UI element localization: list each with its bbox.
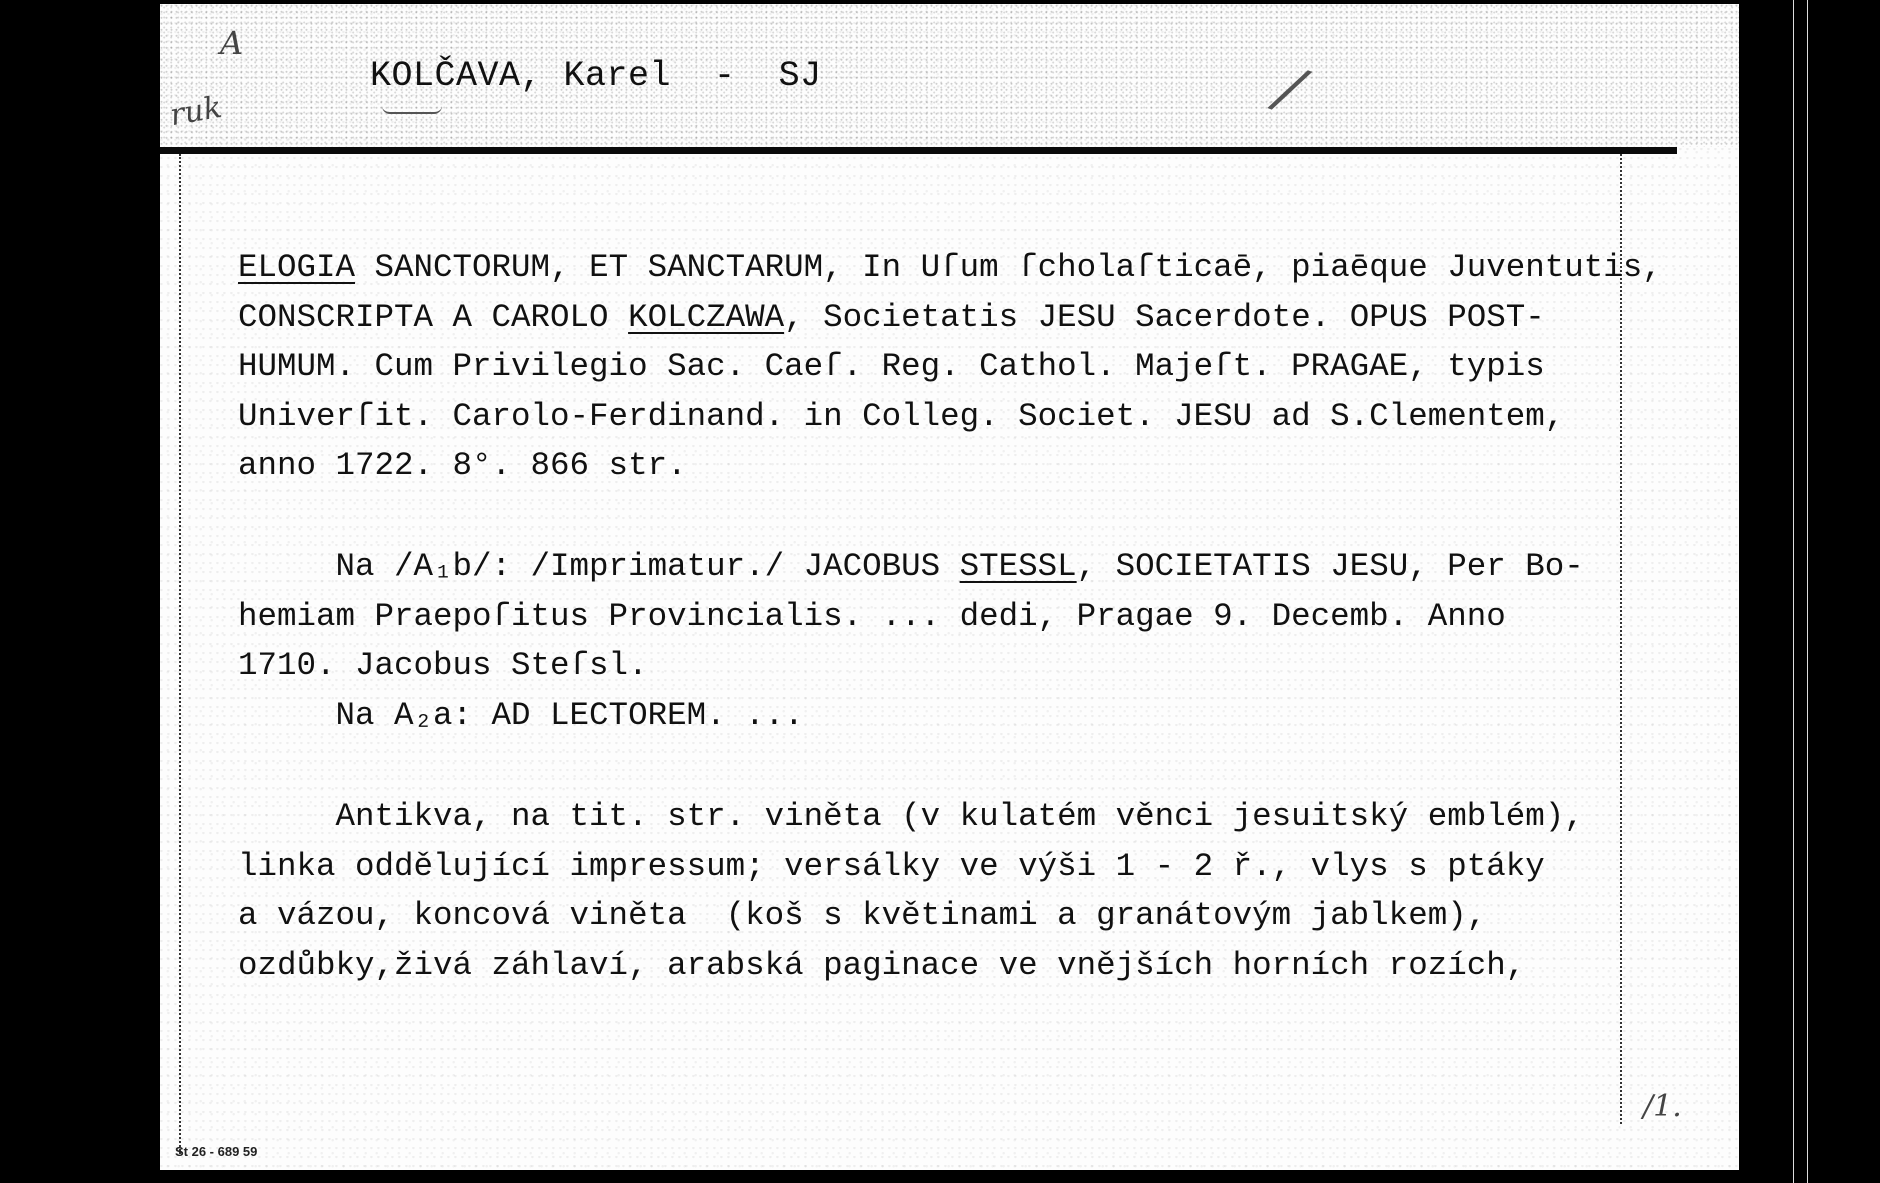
header-rule	[160, 147, 1677, 154]
text-line: Antikva, na tit. str. viněta (v kulatém …	[238, 801, 1584, 834]
text-line: CONSCRIPTA A CAROLO KOLCZAWA, Societatis…	[238, 302, 1545, 335]
text-line: Na /A₁b/: /Imprimatur./ JACOBUS STESSL, …	[238, 551, 1584, 584]
text-line: linka oddělující impressum; versálky ve …	[238, 851, 1545, 884]
scan-edge-line	[1793, 0, 1808, 1183]
underlined-word: STESSL	[960, 548, 1077, 585]
left-margin-line	[179, 154, 181, 1154]
card-heading: KOLČAVA, Karel - SJ	[370, 56, 822, 96]
underlined-word: ELOGIA	[238, 249, 355, 286]
pencil-underline	[382, 106, 442, 114]
text-line: ozdůbky,živá záhlaví, arabská paginace v…	[238, 950, 1525, 983]
text-line: Na A₂a: AD LECTOREM. ...	[238, 700, 804, 733]
text-line: hemiam Praepoſitus Provincialis. ... ded…	[238, 601, 1506, 634]
pencil-annotation: A	[220, 24, 243, 62]
text-line: 1710. Jacobus Steſsl.	[238, 650, 648, 683]
underlined-word: KOLCZAWA	[628, 299, 784, 336]
card-footer-code: St 26 - 689 59	[175, 1144, 257, 1159]
pencil-page-mark: /1.	[1643, 1089, 1682, 1124]
scan-border	[160, 1170, 1739, 1183]
right-margin-line	[1620, 154, 1622, 1124]
text-line: a vázou, koncová viněta (koš s květinami…	[238, 900, 1486, 933]
text-line: HUMUM. Cum Privilegio Sac. Caeſ. Reg. Ca…	[238, 351, 1545, 384]
text-line: Univerſit. Carolo-Ferdinand. in Colleg. …	[238, 401, 1564, 434]
catalog-card: A ruk / /1. KOLČAVA, Karel - SJ ELOGIA S…	[160, 4, 1739, 1170]
text-line: ELOGIA SANCTORUM, ET SANCTARUM, In Uſum …	[238, 252, 1662, 285]
text-line: anno 1722. 8°. 866 str.	[238, 450, 687, 483]
